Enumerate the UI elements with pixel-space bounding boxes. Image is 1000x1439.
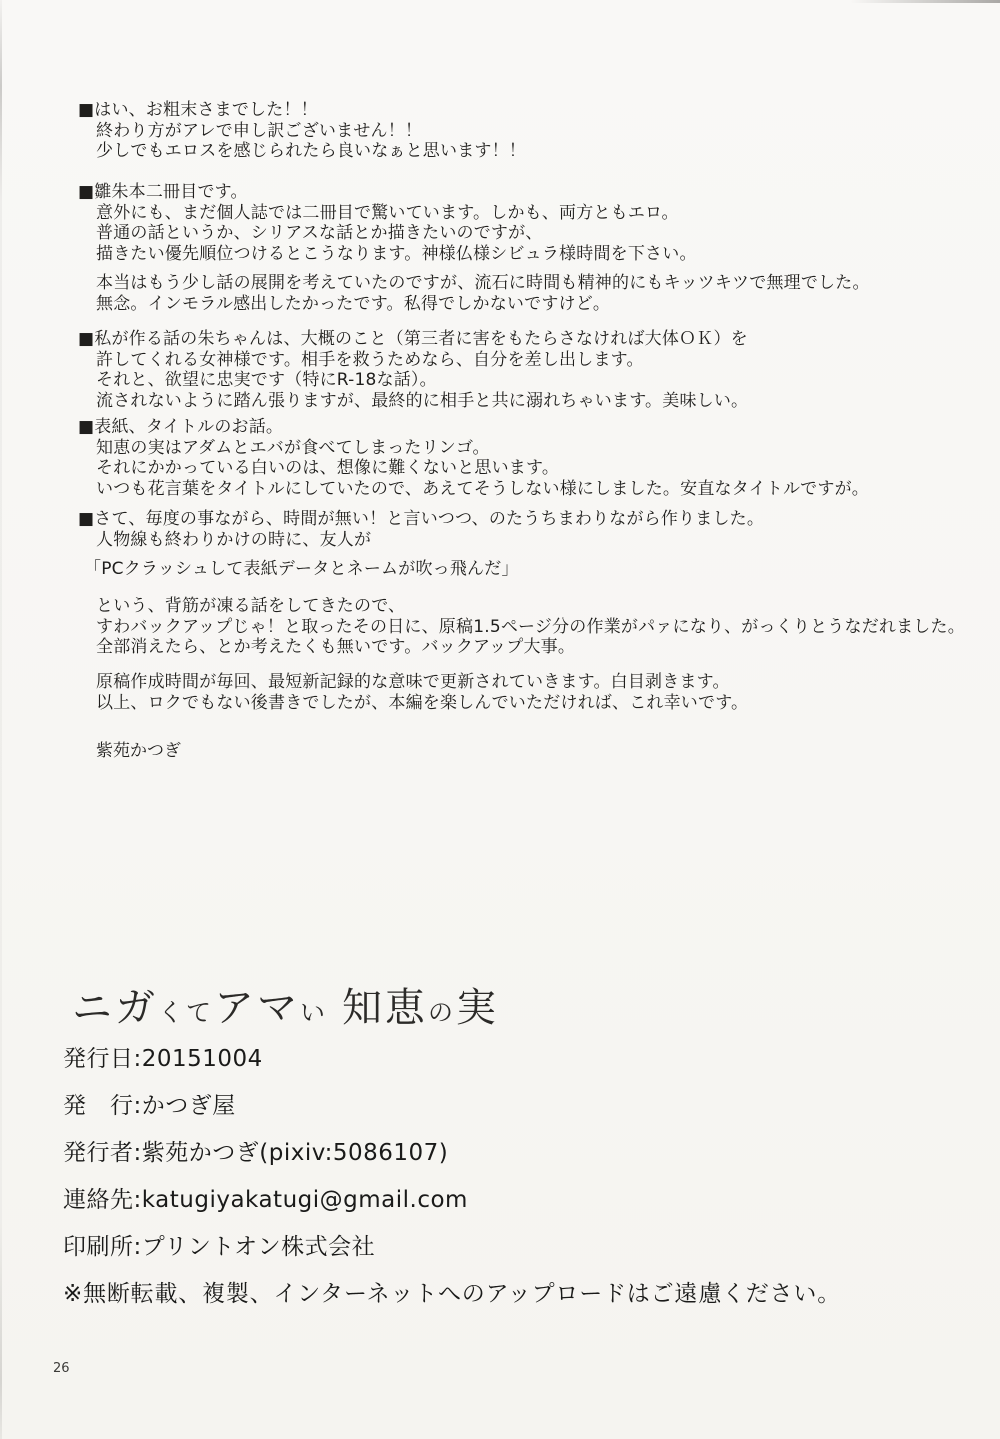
colophon-contact-email: 連絡先:katugiyakatugi@gmail.com: [63, 1181, 963, 1228]
title-segment: ニガ: [72, 985, 158, 1031]
page-number: 26: [53, 1361, 70, 1376]
scan-artifact-left-edge: [0, 0, 2, 1439]
scan-artifact-top-edge: [850, 0, 1000, 3]
colophon-printer: 印刷所:プリントオン株式会社: [63, 1228, 963, 1275]
afterword-quote-line: 「PCクラッシュして表紙データとネームが吹っ飛んだ」: [78, 559, 974, 580]
afterword-paragraph-8: という、背筋が凍る話をしてきたので、 すわバックアップじゃ！と取ったその日に、原…: [78, 596, 986, 658]
afterword-paragraph-9: 原稿作成時間が毎回、最短新記録的な意味で更新されていきます。白目剥きます。 以上…: [78, 672, 986, 713]
afterword-paragraph-3: 本当はもう少し話の展開を考えていたのですが、流石に時間も精神的にもキッツキツで無…: [78, 273, 986, 314]
reproduction-notice: ※無断転載、複製、インターネットへのアップロードはご遠慮ください。: [63, 1275, 963, 1322]
afterword-paragraph-4: ■私が作る話の朱ちゃんは、大概のこと（第三者に害をもたらさなければ大体ＯＫ）を …: [78, 329, 986, 411]
colophon-author: 発行者:紫苑かつぎ(pixiv:5086107): [63, 1134, 963, 1181]
afterword-paragraph-5: ■表紙、タイトルのお話。 知恵の実はアダムとエバが食べてしまったリンゴ。 それに…: [78, 417, 986, 499]
colophon-publish-date: 発行日:20151004: [63, 1040, 963, 1087]
title-segment: アマ: [214, 985, 300, 1031]
colophon-publisher: 発 行:かつぎ屋: [63, 1087, 963, 1134]
afterword-paragraph-6: ■さて、毎度の事ながら、時間が無い！と言いつつ、のたうちまわりながら作りました。…: [78, 509, 986, 550]
scanned-afterword-page: ■はい、お粗末さまでした！！ 終わり方がアレで申し訳ございません！！ 少しでもエ…: [0, 0, 1000, 1439]
title-segment: くて: [158, 998, 214, 1027]
title-segment: 実: [456, 985, 499, 1031]
afterword-paragraph-1: ■はい、お粗末さまでした！！ 終わり方がアレで申し訳ございません！！ 少しでもエ…: [78, 100, 986, 162]
title-segment: 知恵: [342, 985, 428, 1031]
title-segment: い: [300, 998, 328, 1027]
author-signature: 紫苑かつぎ: [78, 741, 181, 762]
title-segment: の: [428, 998, 456, 1027]
colophon-section: 発行日:20151004 発 行:かつぎ屋 発行者:紫苑かつぎ(pixiv:50…: [63, 1040, 963, 1322]
afterword-paragraph-2: ■雛朱本二冊目です。 意外にも、まだ個人誌では二冊目で驚いています。しかも、両方…: [78, 182, 986, 264]
book-title: ニガくてアマい知恵の実: [72, 976, 499, 1033]
